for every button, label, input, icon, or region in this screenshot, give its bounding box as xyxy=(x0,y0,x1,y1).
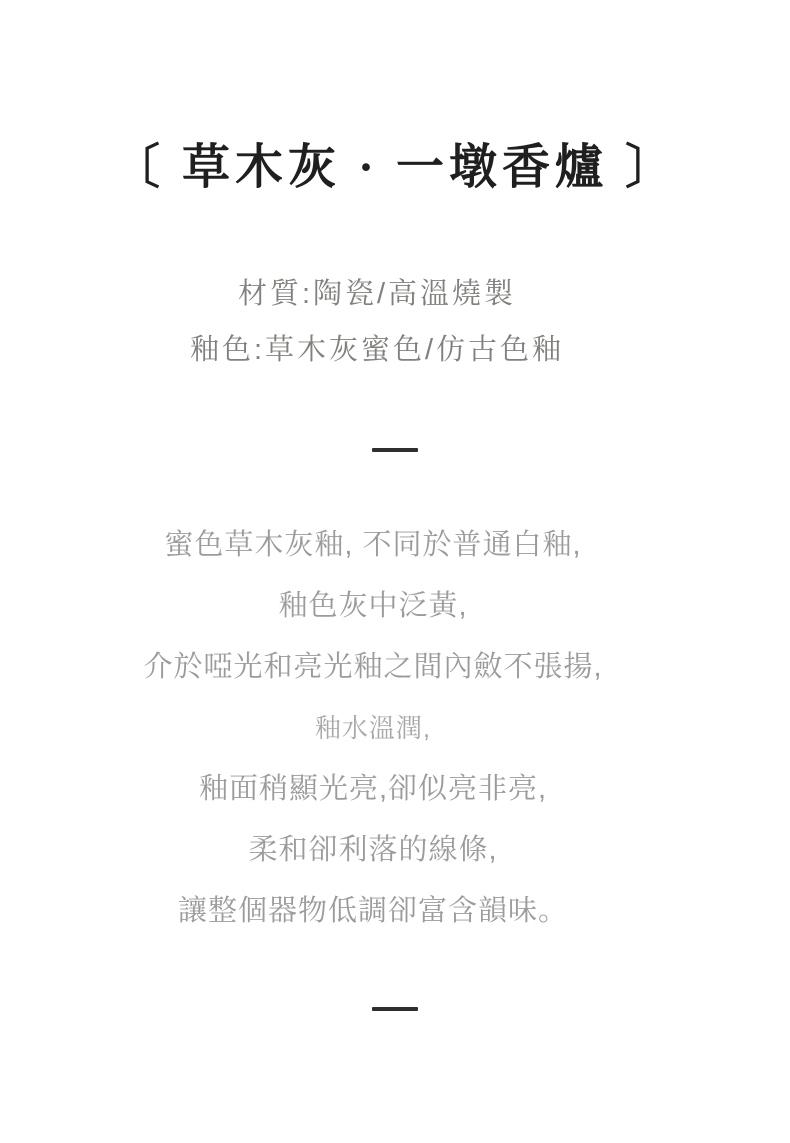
spec-line-material: 材質:陶瓷/高溫燒製 xyxy=(0,266,754,322)
spec-list: 材質:陶瓷/高溫燒製 釉色:草木灰蜜色/仿古色釉 xyxy=(0,266,790,378)
description-line: 釉色灰中泛黃, xyxy=(0,576,746,637)
section-divider-top xyxy=(372,448,418,452)
section-divider-bottom xyxy=(372,1007,418,1011)
product-description-page: 〔 草木灰 · 一墩香爐 〕 材質:陶瓷/高溫燒製 釉色:草木灰蜜色/仿古色釉 … xyxy=(0,0,790,1143)
description-line: 柔和卻利落的線條, xyxy=(0,820,746,881)
description-text: 蜜色草木灰釉, 不同於普通白釉, 釉色灰中泛黃, 介於啞光和亮光釉之間內斂不張揚… xyxy=(0,515,790,942)
description-line: 釉水溫潤, xyxy=(0,698,746,759)
description-line: 蜜色草木灰釉, 不同於普通白釉, xyxy=(0,515,746,576)
product-title: 〔 草木灰 · 一墩香爐 〕 xyxy=(0,133,790,203)
description-line: 讓整個器物低調卻富含韻味。 xyxy=(0,881,746,942)
description-line: 釉面稍顯光亮,卻似亮非亮, xyxy=(0,759,746,820)
spec-line-glaze-color: 釉色:草木灰蜜色/仿古色釉 xyxy=(0,322,754,378)
description-line: 介於啞光和亮光釉之間內斂不張揚, xyxy=(0,637,746,698)
